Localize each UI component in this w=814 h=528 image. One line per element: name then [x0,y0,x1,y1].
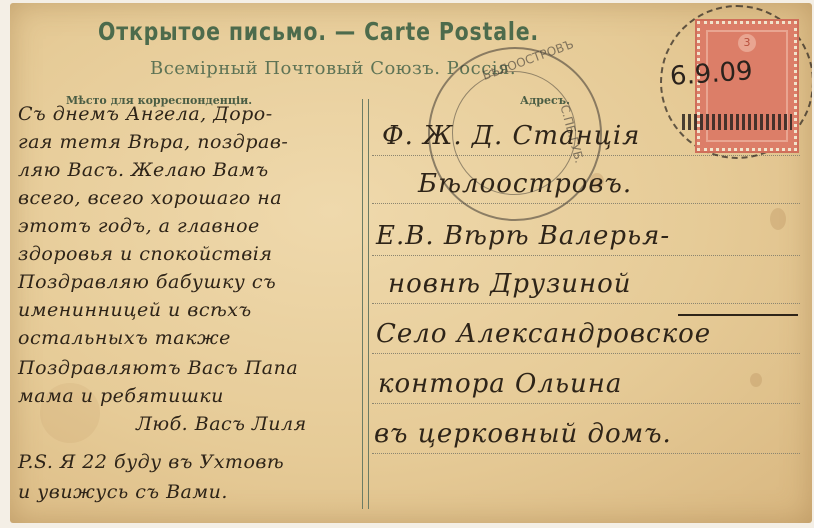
address-rule [372,303,800,304]
address-line: контора Ольина [378,369,622,399]
stain [750,373,762,387]
message-line: этотъ годъ, а главное [18,215,260,237]
stain [770,208,786,230]
message-line: Поздравляютъ Васъ Папа [18,357,298,379]
address-rule [372,203,800,204]
postage-stamp: 3 6.9.09 [697,21,797,151]
address-line: Бѣлоостровъ. [418,169,632,199]
postcard: Открытое письмо. — Carte Postale. Всемір… [10,3,812,523]
address-rule [372,353,800,354]
message-line: мама и ребятишки [18,385,224,407]
address-line: въ церковный домъ. [374,419,672,449]
address-line: Е.В. Вѣрѣ Валерья- [376,221,670,251]
divider-line [362,99,369,509]
message-postscript: и увижусь съ Вами. [18,481,228,503]
message-line: всего, всего хорошаго на [18,187,282,209]
cancel-date: 6.9.09 [669,56,754,92]
message-line: гая тетя Вѣра, поздрав- [18,131,288,153]
postcard-title: Открытое письмо. — Carte Postale. [98,17,541,46]
message-postscript: P.S. Я 22 буду въ Ухтовѣ [18,451,284,473]
message-line: Поздравляю бабушку съ [18,271,276,293]
address-underline [678,314,798,316]
address-rule [372,453,800,454]
message-line: именинницей и всѣхъ [18,299,252,321]
message-line: остальныхъ также [18,327,231,349]
message-signature: Люб. Васъ Лиля [136,413,307,435]
message-line: ляю Васъ. Желаю Вамъ [18,159,269,181]
address-line: новнѣ Друзиной [388,269,632,299]
stamp-value: 3 [738,34,756,52]
address-line: Село Александровское [376,319,711,349]
cancel-bars [682,114,792,130]
message-line: Съ днемъ Ангела, Доро- [18,103,273,125]
address-rule [372,255,800,256]
address-line: Ф. Ж. Д. Станція [382,121,640,151]
address-rule [372,403,800,404]
message-line: здоровья и спокойствія [18,243,272,265]
